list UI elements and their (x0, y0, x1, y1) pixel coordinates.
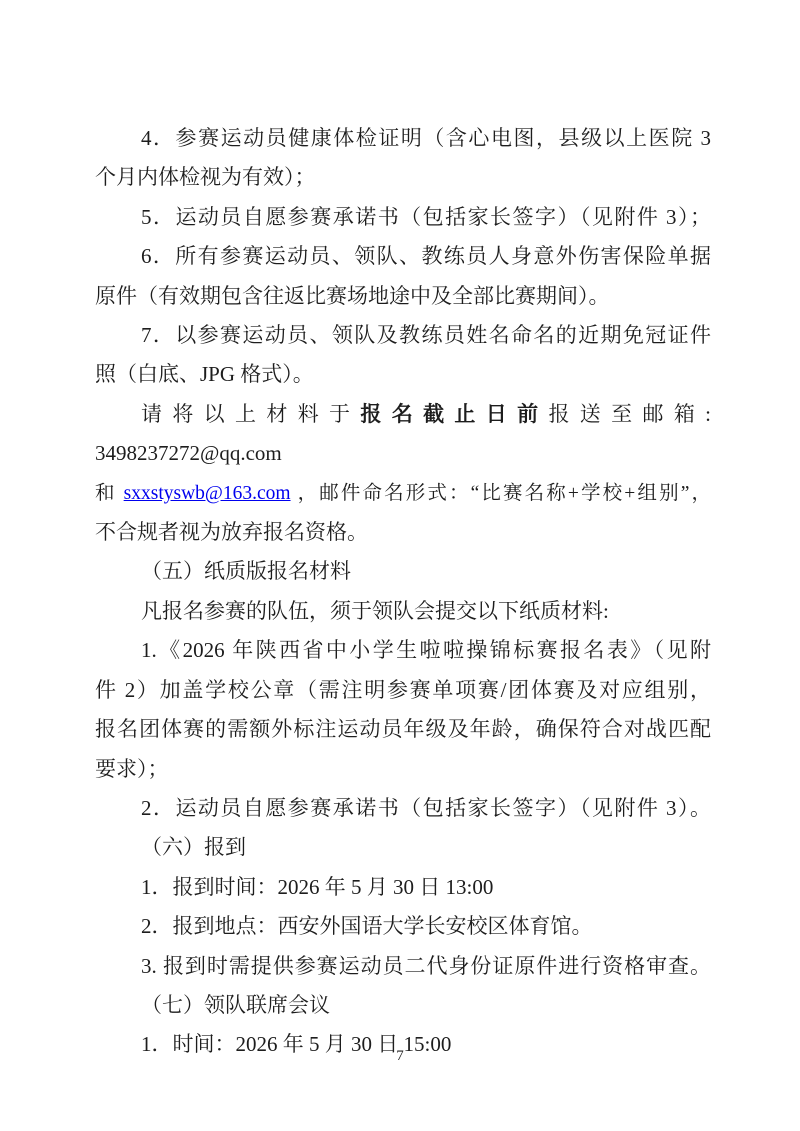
doc-line: 4．参赛运动员健康体检证明（含心电图，县级以上医院 3 (95, 119, 711, 158)
deadline-bold-text: 报名截止日前 (360, 402, 548, 426)
doc-line: 请将以上材料于报名截止日前报送至邮箱: 3498237272@qq.com (95, 395, 711, 474)
doc-line: 和 sxxstyswb@163.com ，邮件命名形式：“比赛名称+学校+组别”… (95, 474, 711, 513)
email-link[interactable]: sxxstyswb@163.com (124, 483, 291, 504)
doc-line: 1．报到时间：2026 年 5 月 30 日 13:00 (95, 868, 711, 907)
doc-line: 照（白底、JPG 格式）。 (95, 355, 711, 394)
doc-line: 件 2）加盖学校公章（需注明参赛单项赛/团体赛及对应组别， (95, 671, 711, 710)
doc-line: 7．以参赛运动员、领队及教练员姓名命名的近期免冠证件 (95, 316, 711, 355)
doc-line: 要求）； (95, 750, 711, 789)
doc-line: 6．所有参赛运动员、领队、教练员人身意外伤害保险单据 (95, 237, 711, 276)
doc-line: 2．运动员自愿参赛承诺书（包括家长签字）（见附件 3）。 (95, 789, 711, 828)
doc-line: 凡报名参赛的队伍，须于领队会提交以下纸质材料: (95, 592, 711, 631)
doc-line: 2．报到地点：西安外国语大学长安校区体育馆。 (95, 907, 711, 946)
page-number: 7 (0, 1048, 800, 1065)
text-run: 和 (95, 483, 124, 504)
doc-line: 5．运动员自愿参赛承诺书（包括家长签字）（见附件 3）； (95, 198, 711, 237)
doc-line: 不合规者视为放弃报名资格。 (95, 513, 711, 552)
document-page: 4．参赛运动员健康体检证明（含心电图，县级以上医院 3 个月内体检视为有效）； … (0, 0, 800, 1131)
doc-line: 3. 报到时需提供参赛运动员二代身份证原件进行资格审查。 (95, 947, 711, 986)
document-body: 4．参赛运动员健康体检证明（含心电图，县级以上医院 3 个月内体检视为有效）； … (95, 119, 711, 1065)
doc-line: 原件（有效期包含往返比赛场地途中及全部比赛期间）。 (95, 277, 711, 316)
doc-line: 报名团体赛的需额外标注运动员年级及年龄，确保符合对战匹配 (95, 710, 711, 749)
section-heading-leaders-meeting: （七）领队联席会议 (95, 986, 711, 1025)
doc-line: 个月内体检视为有效）； (95, 158, 711, 197)
section-heading-checkin: （六）报到 (95, 828, 711, 867)
text-run: 请将以上材料于 (141, 402, 360, 426)
doc-line: 1.《2026 年陕西省中小学生啦啦操锦标赛报名表》（见附 (95, 631, 711, 670)
text-run: ，邮件命名形式：“比赛名称+学校+组别”， (291, 483, 711, 504)
section-heading-paper-materials: （五）纸质版报名材料 (95, 552, 711, 591)
